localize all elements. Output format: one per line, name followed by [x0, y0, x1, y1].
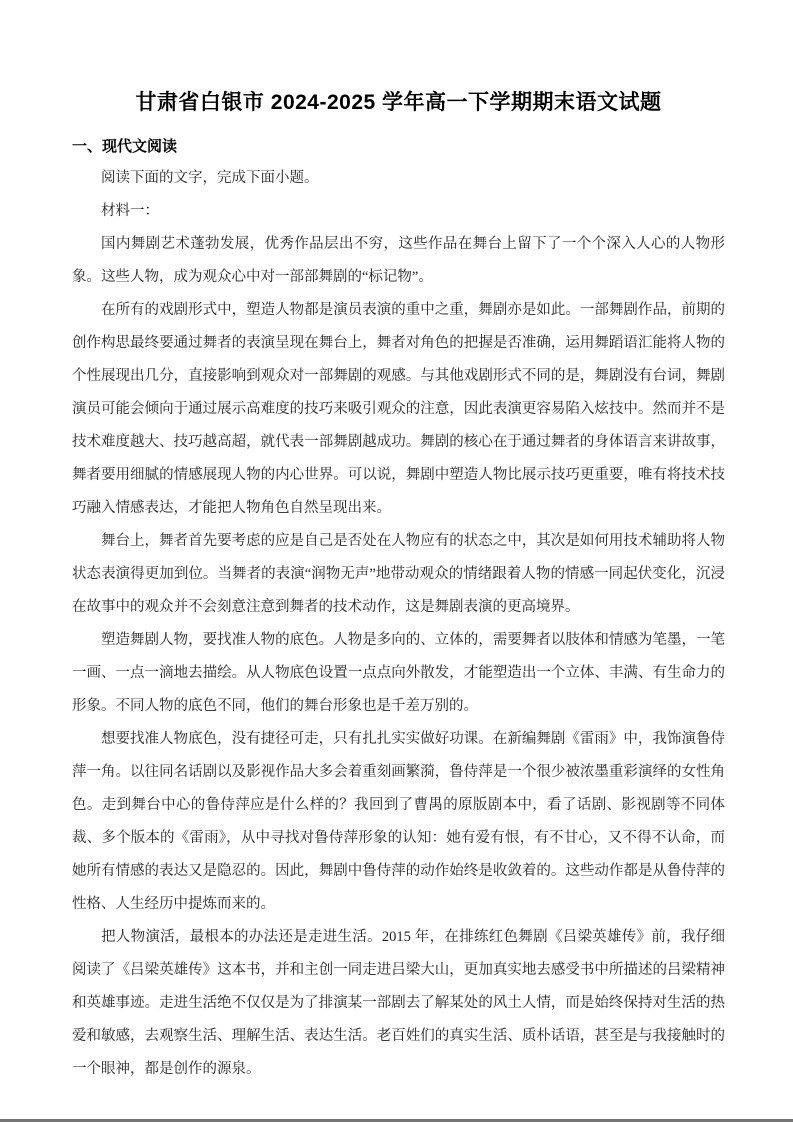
paragraph: 国内舞剧艺术蓬勃发展，优秀作品层出不穷，这些作品在舞台上留下了一个个深入人心的人…	[72, 228, 725, 294]
paragraph: 舞台上，舞者首先要考虑的应是自己是否处在人物应有的状态之中，其次是如何用技术辅助…	[72, 525, 725, 624]
page-title: 甘肃省白银市 2024-2025 学年高一下学期期末语文试题	[72, 88, 725, 118]
paragraph: 想要找准人物底色，没有捷径可走，只有扎扎实实做好功课。在新编舞剧《雷雨》中，我饰…	[72, 723, 725, 921]
document-page: 甘肃省白银市 2024-2025 学年高一下学期期末语文试题 一、现代文阅读 阅…	[0, 0, 793, 1122]
section-heading: 一、现代文阅读	[72, 132, 725, 162]
paragraph: 在所有的戏剧形式中，塑造人物都是演员表演的重中之重，舞剧亦是如此。一部舞剧作品，…	[72, 294, 725, 525]
document-content: 甘肃省白银市 2024-2025 学年高一下学期期末语文试题 一、现代文阅读 阅…	[0, 0, 793, 1086]
material-label: 材料一：	[72, 195, 725, 228]
paragraph: 把人物演活，最根本的办法还是走进生活。2015 年，在排练红色舞剧《吕梁英雄传》…	[72, 921, 725, 1086]
instruction-text: 阅读下面的文字，完成下面小题。	[72, 162, 725, 195]
paragraph: 塑造舞剧人物，要找准人物的底色。人物是多向的、立体的，需要舞者以肢体和情感为笔墨…	[72, 624, 725, 723]
